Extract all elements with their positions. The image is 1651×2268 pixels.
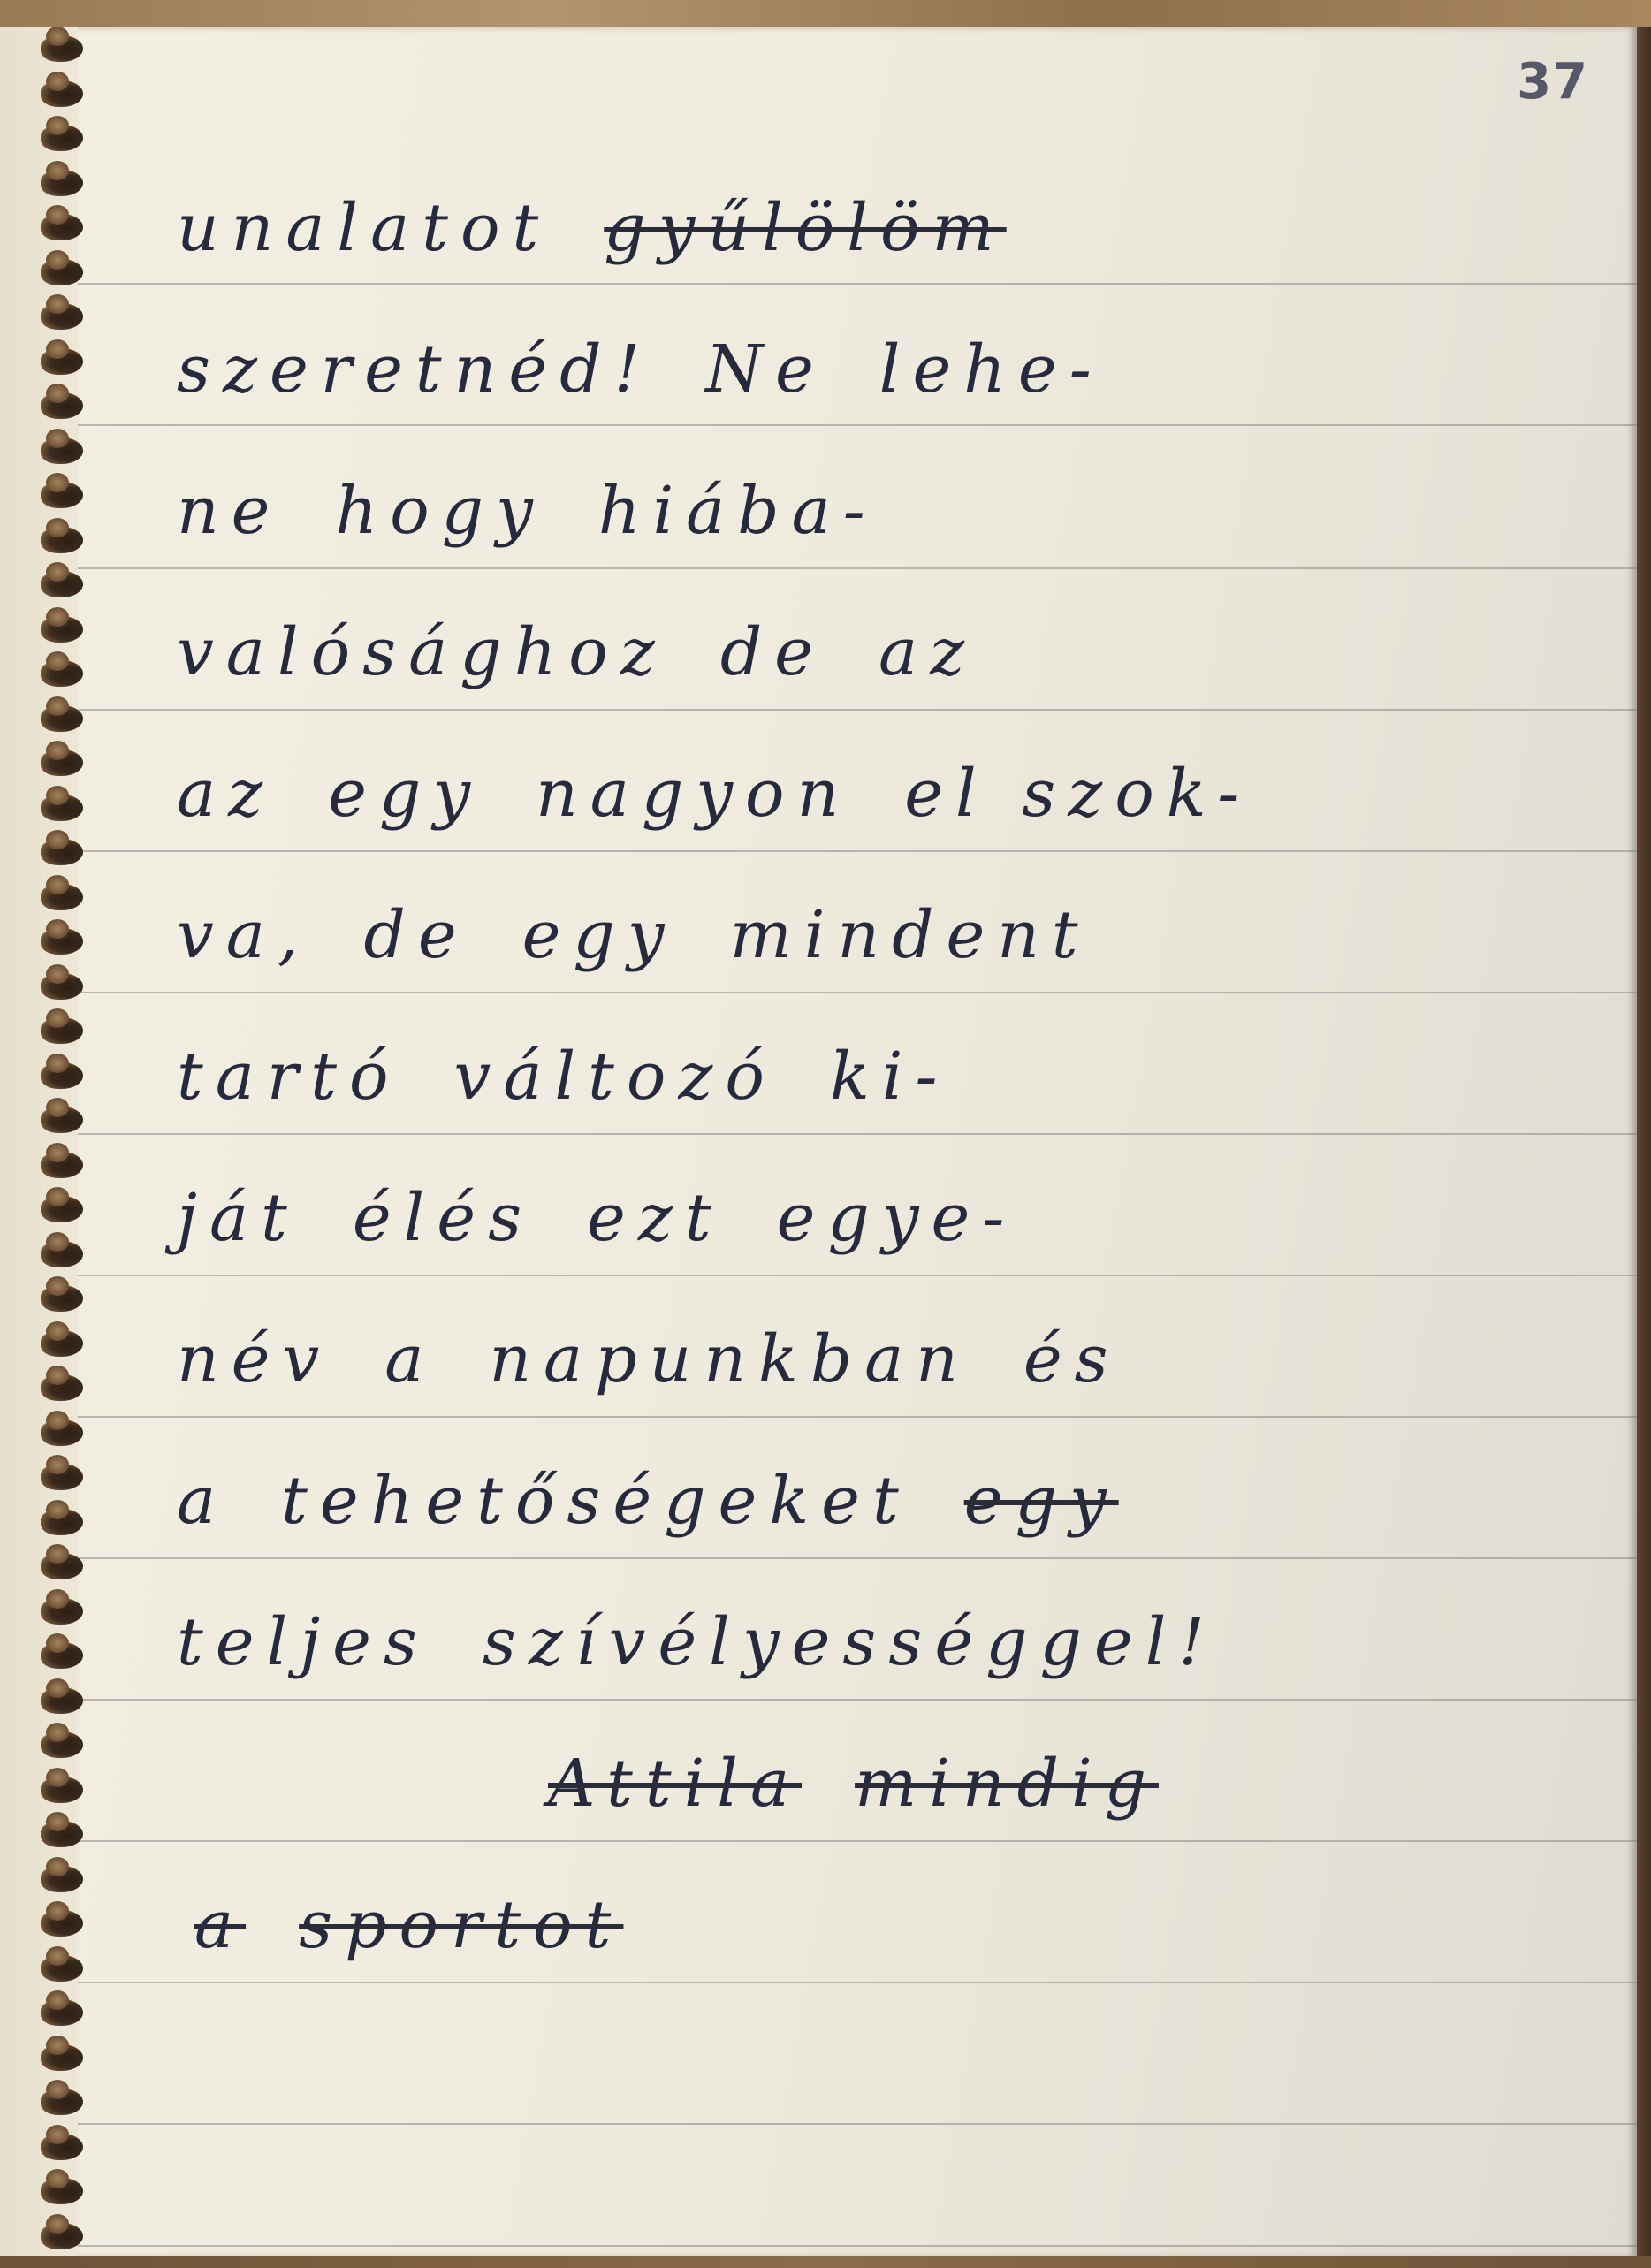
spiral-coil [41,1374,83,1401]
spiral-coil [41,1642,83,1669]
spiral-coil [41,1196,83,1222]
ruled-line [78,1557,1638,1559]
word: a [384,1321,436,1397]
handwritten-line: névanapunkbanés [177,1321,1174,1397]
spiral-coil [41,750,83,776]
struck-word: a [194,1887,246,1963]
spiral-coil [41,1777,83,1803]
spiral-coil [41,392,83,419]
word: nagyon [536,756,851,832]
ruled-line [78,567,1638,569]
spiral-coil [41,973,83,1000]
word: név [177,1321,331,1397]
ruled-line [78,2245,1638,2247]
word: egye- [777,1180,1017,1256]
word: hiába- [598,473,878,549]
word: az [177,756,275,832]
spiral-coil [41,438,83,464]
word: mindent [730,897,1091,973]
spiral-coil [41,616,83,643]
ruled-line [78,1699,1638,1701]
handwritten-line: tartóváltozóki- [177,1039,1002,1115]
word: szeretnéd! [177,331,652,407]
spiral-coil [41,80,83,107]
word: hogy [335,473,544,549]
wooden-surface-top [0,0,1651,28]
spiral-coil [41,2223,83,2249]
spiral-coil [41,1553,83,1579]
page-number: 37 [1517,53,1589,110]
word: napunkban [489,1321,970,1397]
handwritten-line: unalatotgyűlölöm [177,190,1060,266]
spiral-coil [41,348,83,375]
struck-word: Attila [548,1746,802,1822]
word: el szok- [904,756,1252,832]
word: a [177,1463,228,1539]
spiral-coil [41,1999,83,2026]
struck-word: mindig [855,1746,1159,1822]
spiral-coil [41,2089,83,2115]
word: élés [353,1180,534,1256]
spiral-coil [41,1866,83,1892]
spiral-coil [41,705,83,732]
spiral-coil [41,1017,83,1044]
handwritten-line: szeretnéd!Nelehe- [177,331,1157,407]
handwritten-line: játéléseztegye- [177,1180,1069,1256]
ruled-line [78,992,1638,993]
word: ezt [587,1180,724,1256]
spiral-coil [41,1285,83,1312]
handwritten-line: asportot [194,1887,676,1963]
handwritten-line: atehetőségeketegy [177,1463,1172,1539]
spiral-coil [41,1062,83,1089]
word: ne [177,473,282,549]
spiral-coil [41,482,83,508]
handwritten-line: Attilamindig [548,1746,1212,1822]
handwritten-line: nehogyhiába- [177,473,931,549]
spiral-coil [41,1241,83,1267]
spiral-coil [41,839,83,865]
word: tartó [177,1039,401,1115]
ruled-line [78,1275,1638,1276]
spiral-coil [41,1910,83,1937]
word: va, [177,897,310,973]
ruled-line [78,1982,1638,1983]
word: valósághoz [177,614,667,690]
handwritten-line: valósághozdeaz [177,614,1030,690]
word: az [879,614,977,690]
ruled-line [78,2123,1638,2125]
word: teljes [177,1604,430,1680]
spiral-coil [41,125,83,151]
word: ki- [830,1039,950,1115]
struck-word: egy [964,1463,1119,1539]
spiral-coil [41,1152,83,1178]
struck-word: sportot [299,1887,623,1963]
spiral-binding [41,35,94,2263]
spiral-coil [41,2134,83,2160]
spiral-coil [41,1464,83,1490]
spiral-coil [41,928,83,955]
spiral-coil [41,1419,83,1446]
spiral-coil [41,1509,83,1535]
spiral-coil [41,660,83,687]
spiral-coil [41,1687,83,1714]
handwritten-line: teljesszívélyességgel! [177,1604,1270,1680]
spiral-coil [41,527,83,553]
ruled-line [78,424,1638,426]
spiral-coil [41,303,83,330]
ruled-line [78,850,1638,852]
spiral-coil [41,1731,83,1758]
ruled-line [78,709,1638,711]
spiral-coil [41,259,83,285]
spiral-coil [41,795,83,821]
struck-word: gyűlölöm [604,190,1006,266]
spiral-coil [41,170,83,196]
spiral-coil [41,214,83,240]
ruled-line [78,1416,1638,1418]
handwritten-line: azegynagyonel szok- [177,756,1305,832]
handwritten-line: va,deegymindent [177,897,1144,973]
word: szívélyességgel! [483,1604,1217,1680]
word: de [720,614,825,690]
word: ját [177,1180,300,1256]
wooden-surface-bottom [0,2256,1651,2268]
word: változó [454,1039,777,1115]
spiral-coil [41,35,83,62]
word: unalatot [177,190,551,266]
spiral-coil [41,2044,83,2071]
spiral-coil [41,2178,83,2204]
word: és [1023,1321,1121,1397]
spiral-coil [41,884,83,910]
ruled-line [78,1133,1638,1135]
word: Ne [705,331,826,407]
word: egy [522,897,677,973]
spiral-coil [41,1598,83,1625]
ruled-line [78,1840,1638,1842]
spiral-coil [41,1107,83,1133]
ruled-line [78,283,1638,285]
spiral-coil [41,571,83,597]
word: lehe- [879,331,1104,407]
spiral-coil [41,1821,83,1847]
spiral-coil [41,1330,83,1357]
word: tehetőségeket [281,1463,911,1539]
word: egy [328,756,483,832]
word: de [363,897,468,973]
page-edge-shadow [1637,27,1651,2268]
spiral-coil [41,1955,83,1982]
